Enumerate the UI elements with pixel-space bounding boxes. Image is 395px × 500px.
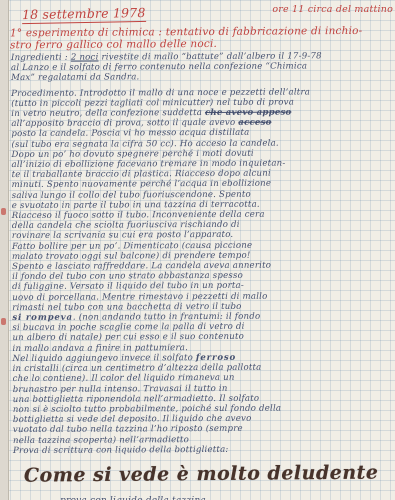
experiment-title-line2: stro ferro gallico col mallo delle noci. xyxy=(10,37,391,52)
handwriting-line: Max” regalatami da Sandra. xyxy=(11,71,392,83)
handwriting-segment-bold: si rompeva xyxy=(12,313,73,323)
page-edge-mark xyxy=(1,208,6,215)
handwriting-segment: al Lanzo e il solfato di ferro contenuto… xyxy=(11,62,307,74)
handwriting-segment-strike: acceso xyxy=(238,118,271,128)
handwriting-segment: nella tazzina scoperta) nell’armadietto xyxy=(13,435,189,446)
ink-test-line: Come si vede è molto deludente xyxy=(24,461,395,486)
page-edge-mark xyxy=(1,318,6,325)
time-note: ore 11 circa del mattino xyxy=(272,4,393,15)
handwriting-segment-underline: 2 noci xyxy=(71,53,99,63)
date: 18 settembre 1978 xyxy=(22,5,146,24)
handwriting-line: Prova di scrittura con liquido della bot… xyxy=(13,444,394,456)
handwriting-segment: un albero di natale) per cui esso e il s… xyxy=(12,332,244,343)
handwriting-segment: Max” regalatami da Sandra. xyxy=(11,73,139,84)
page-edge xyxy=(0,0,9,500)
handwritten-body: Ingredienti : 2 noci rivestite di mallo … xyxy=(11,51,394,456)
handwriting-segment: Prova di scrittura con liquido della bot… xyxy=(13,445,229,456)
handwriting-segment: Ingredienti : xyxy=(11,53,71,63)
partial-cutoff-line: prova con liquido della tazzina xyxy=(60,496,206,500)
handwriting-segment: . (non andando tutto in frantumi: il fon… xyxy=(73,312,261,323)
notebook-page: 18 settembre 1978 ore 11 circa del matti… xyxy=(0,0,395,500)
handwriting-segment: in mallo andava a finire in pattumiera. xyxy=(12,343,188,354)
handwriting-segment-bold: ferroso xyxy=(196,353,236,363)
handwriting-segment-strike: che avevo appeso xyxy=(205,108,292,118)
handwriting-segment: vuotato dal tubo nella tazzina l’ho ripo… xyxy=(13,424,243,435)
